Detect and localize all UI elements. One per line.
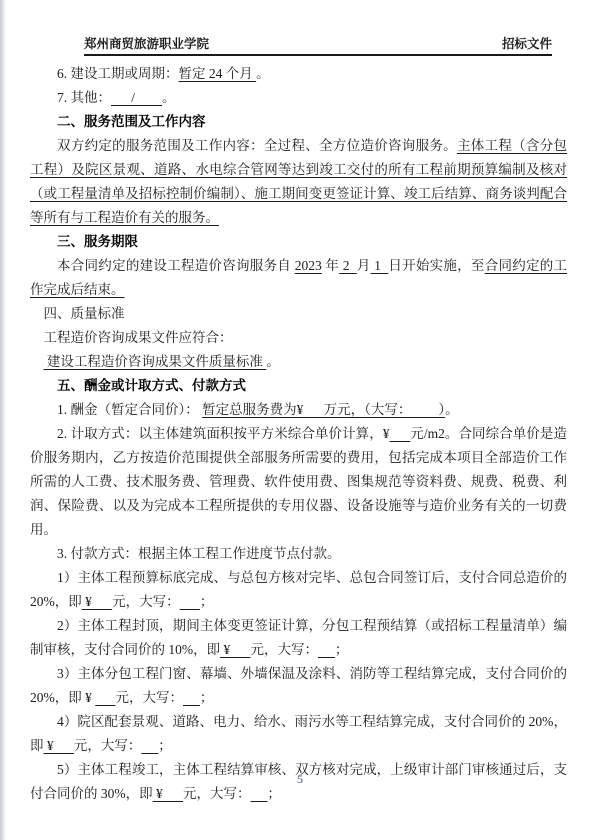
text-run: 三、服务期限: [57, 234, 138, 249]
document-page: 郑州商贸旅游职业学院 招标文件 6. 建设工期或周期：暂定 24 个月 。7. …: [0, 0, 600, 840]
text-run: ；: [335, 642, 349, 657]
underlined-text: [183, 690, 200, 705]
text-run: 月: [357, 258, 371, 273]
text-run: 二、服务范围及工作内容: [57, 114, 206, 129]
section-3-heading: 三、服务期限: [30, 230, 567, 254]
text-run: 。: [266, 354, 280, 369]
payment-node-1: 1）主体工程预算标底完成、与总包方核对完毕、总包合同签订后，支付合同总造价的 2…: [30, 566, 567, 614]
text-run: 五、酬金或计取方式、付款方式: [57, 378, 246, 393]
text-run: 。: [162, 90, 176, 105]
payment-node-2: 2）主体工程封顶，期间主体变更签证计算，分包工程预结算（或招标工程量清单）编制审…: [30, 614, 567, 662]
text-run: 。: [445, 402, 459, 417]
section-3-body: 本合同约定的建设工程造价咨询服务自 2023 年 2 月 1 日开始实施，至合同…: [30, 254, 567, 302]
text-run: ；: [267, 786, 281, 801]
text-run: 本合同约定的建设工程造价咨询服务自: [57, 258, 295, 273]
text-run: ；: [158, 738, 172, 753]
underlined-text: 2023: [295, 258, 322, 273]
clause-5-2-method: 2. 计取方式：以主体建筑面积按平方米综合单价计算，¥ 元/m2。合同综合单价是…: [30, 422, 567, 542]
section-4-line-2: 建设工程造价咨询成果文件质量标准 。: [30, 350, 567, 374]
underlined-text: [141, 738, 158, 753]
section-2-heading: 二、服务范围及工作内容: [30, 110, 567, 134]
underlined-text: 2: [339, 258, 357, 273]
text-run: 1. 酬金（暂定合同价）：: [57, 402, 202, 417]
underlined-text: ¥: [153, 786, 183, 801]
document-body: 6. 建设工期或周期：暂定 24 个月 。7. 其他： / 。二、服务范围及工作…: [30, 62, 567, 806]
text-run: 元/m2。合同综合单价是造价服务期内，乙方按造价范围提供全部服务所需要的费用，包…: [30, 426, 567, 537]
underlined-text: 1: [371, 258, 389, 273]
header-document-type: 招标文件: [502, 34, 552, 52]
underlined-text: 暂定总服务费为¥ 万元，（大写： ）: [202, 402, 445, 417]
text-run: 7. 其他：: [57, 90, 111, 105]
clause-6-duration: 6. 建设工期或周期：暂定 24 个月 。: [30, 62, 567, 86]
text-run: 元，大写：: [183, 786, 251, 801]
page-number: 5: [0, 772, 600, 787]
text-run: 日开始实施，至: [388, 258, 484, 273]
underlined-text: [251, 786, 268, 801]
underlined-text: ¥: [82, 594, 112, 609]
text-run: 3. 付款方式：根据主体工程工作进度节点付款。: [57, 546, 341, 561]
section-2-body: 双方约定的服务范围及工作内容：全过程、全方位造价咨询服务。主体工程（含分包工程）…: [30, 134, 567, 230]
scan-edge-shadow: [0, 0, 6, 840]
section-4-line-1: 工程造价咨询成果文件应符合：: [30, 326, 567, 350]
page-header: 郑州商贸旅游职业学院 招标文件: [84, 34, 552, 56]
text-run: 2. 计取方式：以主体建筑面积按平方米综合单价计算，¥: [57, 426, 390, 441]
underlined-text: [390, 426, 411, 441]
text-run: 元，大写：: [251, 642, 319, 657]
underlined-text: [318, 642, 335, 657]
underlined-text: /: [111, 90, 162, 105]
underlined-text: ¥: [220, 642, 250, 657]
text-run: 四、质量标准: [44, 306, 125, 321]
text-run: 。: [256, 66, 270, 81]
text-run: 年: [322, 258, 339, 273]
section-4-heading: 四、质量标准: [30, 302, 567, 326]
text-run: 双方约定的服务范围及工作内容：全过程、全方位造价咨询服务。: [57, 138, 457, 153]
text-run: 元，大写：: [116, 690, 184, 705]
text-run: 元，大写：: [112, 594, 180, 609]
text-run: ；: [200, 594, 214, 609]
text-run: 6. 建设工期或周期：: [57, 66, 179, 81]
text-run: 元，大写：: [74, 738, 142, 753]
underlined-text: [180, 594, 200, 609]
payment-node-4: 4）院区配套景观、道路、电力、给水、雨污水等工程结算完成，支付合同价的 20%，…: [30, 710, 567, 758]
underlined-text: 暂定 24 个月: [179, 66, 257, 81]
clause-5-1-fee: 1. 酬金（暂定合同价）： 暂定总服务费为¥ 万元，（大写： ）。: [30, 398, 567, 422]
underlined-text: [95, 690, 115, 705]
header-organization: 郑州商贸旅游职业学院: [84, 34, 209, 52]
payment-node-3: 3）主体分包工程门窗、幕墙、外墙保温及涂料、消防等工程结算完成，支付合同价的 2…: [30, 662, 567, 710]
clause-5-3-payment: 3. 付款方式：根据主体工程工作进度节点付款。: [30, 542, 567, 566]
text-run: ；: [200, 690, 214, 705]
section-5-heading: 五、酬金或计取方式、付款方式: [30, 374, 567, 398]
underlined-text: 建设工程造价咨询成果文件质量标准: [44, 354, 267, 369]
underlined-text: ¥: [44, 738, 74, 753]
clause-7-other: 7. 其他： / 。: [30, 86, 567, 110]
text-run: 工程造价咨询成果文件应符合：: [44, 330, 233, 345]
